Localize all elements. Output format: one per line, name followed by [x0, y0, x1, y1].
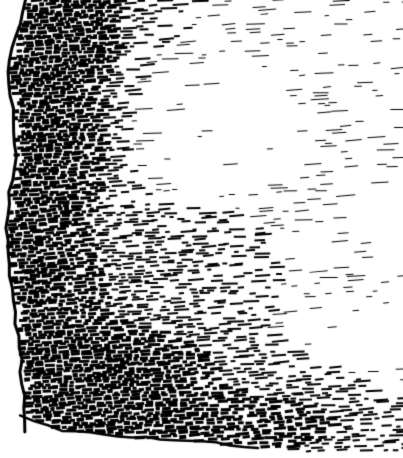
engraving-canvas: [0, 0, 403, 458]
engraving-figure: Black-and-white engraved illustration fr…: [0, 0, 403, 458]
